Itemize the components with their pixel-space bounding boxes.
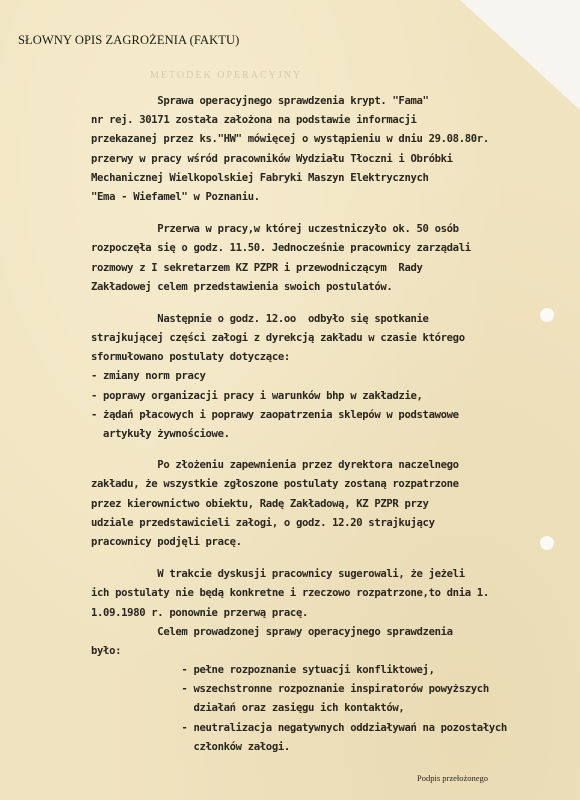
document-page: SŁOWNY OPIS ZAGROŻENIA (FAKTU) METODEK O… <box>0 0 580 800</box>
text-line: rozmowy z I sekretarzem KZ PZPR i przewo… <box>91 259 561 278</box>
text-line: Mechanicznej Wielkopolskiej Fabryki Masz… <box>91 169 561 188</box>
text-line: - żądań płacowych i poprawy zaopatrzenia… <box>91 406 561 425</box>
text-line: Po złożeniu zapewnienia przez dyrektora … <box>91 456 561 475</box>
text-line: Następnie o godz. 12.oo odbyło się spotk… <box>91 310 561 329</box>
text-line: Celem prowadzonej sprawy operacyjnego sp… <box>91 623 561 642</box>
text-line: Zakładowej celem przedstawienia swoich p… <box>91 278 561 297</box>
paragraph: Przerwa w pracy,w której uczestniczyło o… <box>91 220 561 297</box>
text-line: Sprawa operacyjnego sprawdzenia krypt. "… <box>91 92 561 111</box>
text-line: pracownicy podjęli pracę. <box>91 533 561 552</box>
text-line: - wszechstronne rozpoznanie inspiratorów… <box>91 680 561 699</box>
paragraph-gap <box>91 297 561 310</box>
paragraph: W trakcie dyskusji pracownicy sugerowali… <box>91 565 561 757</box>
bleed-through-text: METODEK OPERACYJNY <box>150 70 302 81</box>
text-line: ich postulaty nie będą konkretne i rzecz… <box>91 584 561 603</box>
text-line: udziale przedstawicieli załogi, o godz. … <box>91 514 561 533</box>
text-line: - poprawy organizacji pracy i warunków b… <box>91 387 561 406</box>
text-line: działań oraz zasięgu ich kontaktów, <box>91 699 561 718</box>
text-line: artykuły żywnościowe. <box>91 425 561 444</box>
text-line: - neutralizacja negatywnych oddziaływań … <box>91 719 561 738</box>
text-line: przez kierownictwo obiektu, Radę Zakłado… <box>91 495 561 514</box>
text-line: W trakcie dyskusji pracownicy sugerowali… <box>91 565 561 584</box>
signature-label: Podpis przełożonego <box>417 773 488 783</box>
text-line: sformułowano postulaty dotyczące: <box>91 348 561 367</box>
text-line: strajkującej części załogi z dyrekcją za… <box>91 329 561 348</box>
paragraph-gap <box>91 444 561 456</box>
text-line: nr rej. 30171 została założona na podsta… <box>91 111 561 130</box>
text-line: "Ema - Wiefamel" w Poznaniu. <box>91 188 561 207</box>
text-line: rozpoczęła się o godz. 11.50. Jednocześn… <box>91 239 561 258</box>
document-title: SŁOWNY OPIS ZAGROŻENIA (FAKTU) <box>18 33 239 48</box>
text-line: było: <box>91 642 561 661</box>
paragraph: Sprawa operacyjnego sprawdzenia krypt. "… <box>91 92 561 207</box>
text-line: - pełne rozpoznanie sytuacji konfliktowe… <box>91 661 561 680</box>
text-line: zakładu, że wszystkie zgłoszone postulat… <box>91 475 561 494</box>
document-body: Sprawa operacyjnego sprawdzenia krypt. "… <box>91 92 561 757</box>
text-line: przekazanej przez ks."HW" mówięcej o wys… <box>91 130 561 149</box>
text-line: Przerwa w pracy,w której uczestniczyło o… <box>91 220 561 239</box>
paragraph-gap <box>91 552 561 565</box>
paragraph-gap <box>91 207 561 220</box>
text-line: 1.09.1980 r. ponownie przerwą pracę. <box>91 604 561 623</box>
paragraph: Następnie o godz. 12.oo odbyło się spotk… <box>91 310 561 444</box>
text-line: - zmiany norm pracy <box>91 367 561 386</box>
paragraph: Po złożeniu zapewnienia przez dyrektora … <box>91 456 561 552</box>
text-line: przerwy w pracy wśród pracowników Wydzia… <box>91 150 561 169</box>
text-line: członków załogi. <box>91 738 561 757</box>
